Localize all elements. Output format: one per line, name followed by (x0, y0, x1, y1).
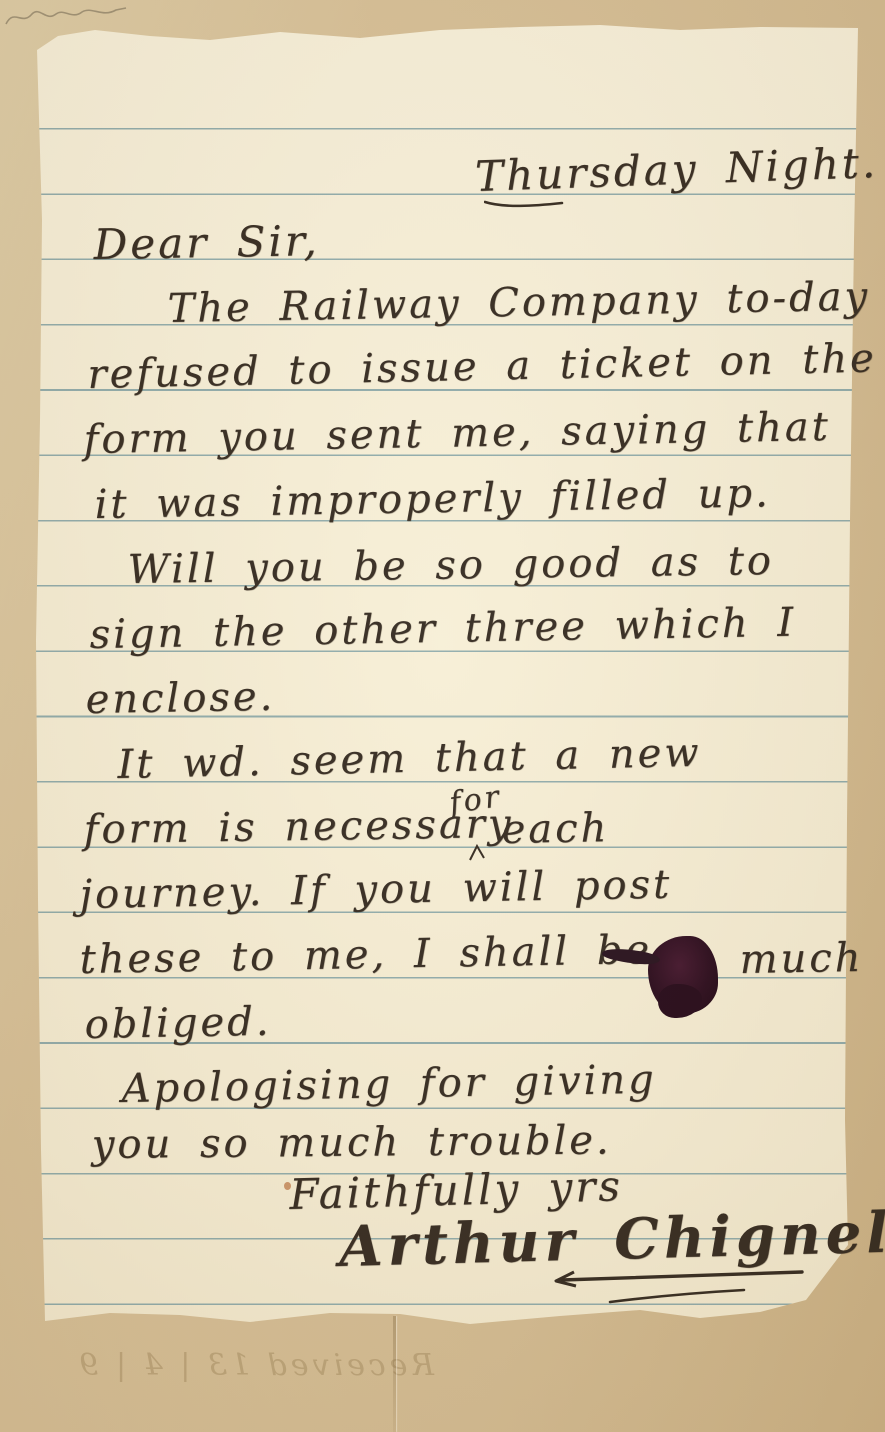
body-line-14: you so much trouble. (92, 1117, 612, 1168)
pencil-scribble (4, 2, 134, 32)
inserted-word: for (447, 779, 504, 821)
rust-speck (284, 1182, 291, 1190)
body-line-5: Will you be so good as to (127, 538, 774, 593)
body-line-13: Apologising for giving (121, 1057, 657, 1112)
album-crease (393, 1316, 396, 1432)
signature: Arthur Chignell (338, 1199, 885, 1280)
body-line-9b: each (501, 805, 609, 853)
body-line-7: enclose. (85, 674, 275, 723)
body-line-11b: much (739, 935, 864, 983)
body-line-12: obliged. (84, 999, 272, 1048)
scanned-letter-page: Thursday Night.Dear Sir,The Railway Comp… (0, 0, 885, 1432)
ghost-showthrough-text: Received 13 | 4 | 9 (84, 1348, 434, 1383)
salutation: Dear Sir, (93, 216, 320, 269)
body-line-9a: form is necessary (83, 801, 513, 853)
ink-blot (648, 936, 718, 1014)
